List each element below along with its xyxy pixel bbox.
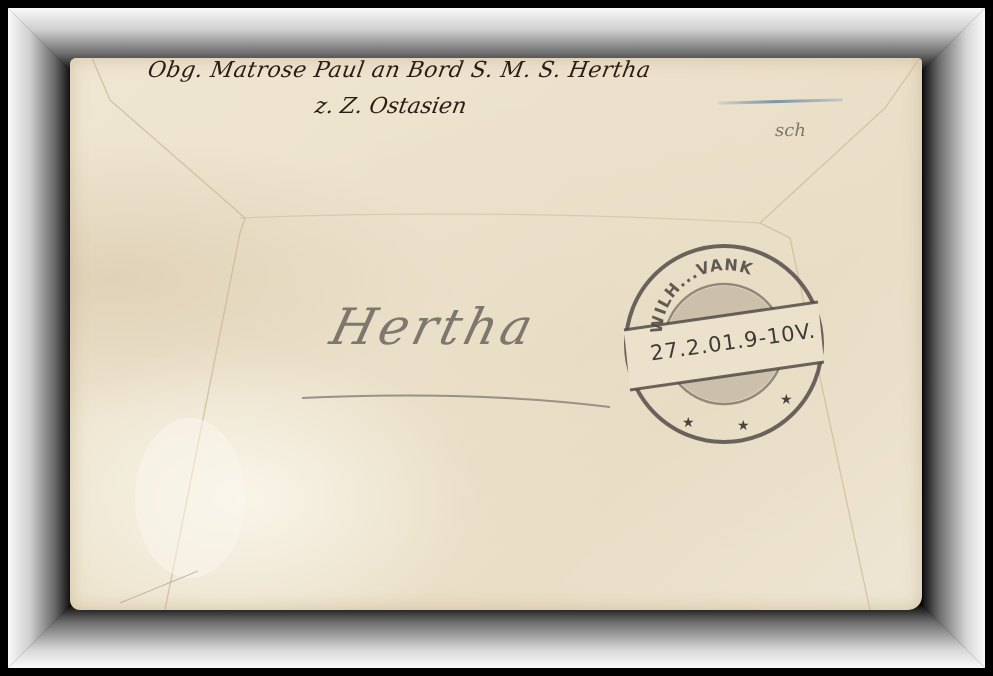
bevel-bottom — [8, 606, 985, 668]
svg-text:★: ★ — [737, 418, 750, 434]
pencil-ship-name: Hertha — [325, 298, 543, 356]
svg-text:★: ★ — [682, 415, 695, 431]
postmark: WILH...VANK ★ ★ ★ 27.2.01.9-10V. — [622, 242, 826, 446]
svg-text:★: ★ — [780, 392, 793, 408]
sender-address-line-2: z. Z. Ostasien — [313, 94, 469, 119]
sender-address-line-1: Obg. Matrose Paul an Bord S. M. S. Herth… — [146, 58, 653, 83]
bevel-right — [923, 8, 985, 668]
pencil-annotation: sch — [775, 120, 806, 141]
envelope-back: Obg. Matrose Paul an Bord S. M. S. Herth… — [70, 58, 922, 610]
bevel-left — [8, 8, 70, 668]
